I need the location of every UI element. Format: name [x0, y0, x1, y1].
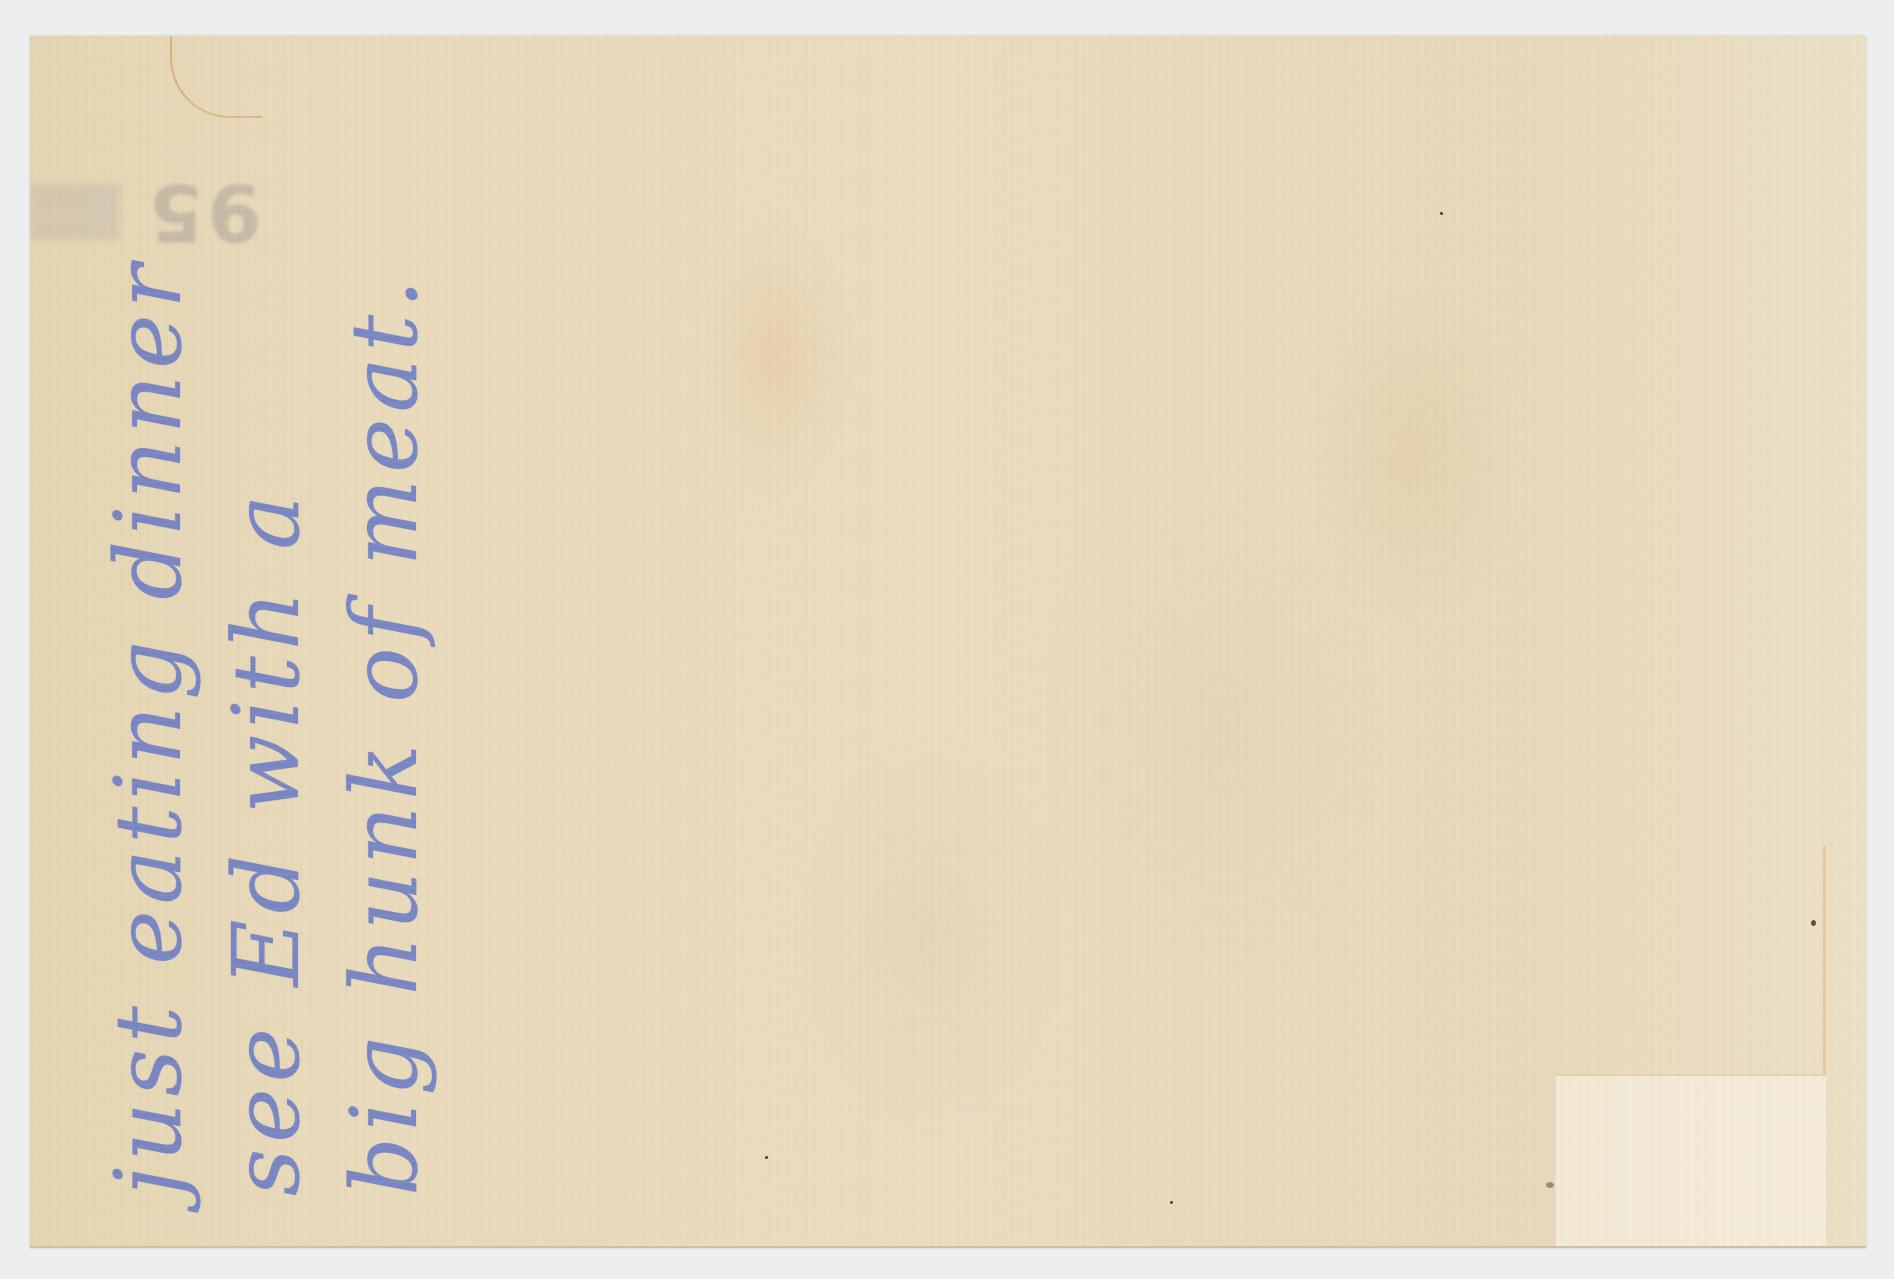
speck	[1170, 1201, 1173, 1204]
speck	[1440, 212, 1443, 215]
card-back: 95 just eating dinner see Ed with a big …	[30, 36, 1866, 1248]
speck	[765, 1156, 768, 1159]
lifted-surface-patch	[1556, 1074, 1826, 1246]
speck	[1811, 920, 1816, 926]
speck	[1546, 1182, 1554, 1188]
note-line-3: big hunk of meat.	[326, 36, 444, 1196]
handwritten-note: just eating dinner see Ed with a big hun…	[90, 36, 444, 1196]
lifted-surface-edge	[1823, 846, 1826, 1076]
note-line-2: see Ed with a	[208, 36, 326, 1196]
note-line-1: just eating dinner	[90, 36, 208, 1196]
scan-background: 95 just eating dinner see Ed with a big …	[0, 0, 1894, 1279]
